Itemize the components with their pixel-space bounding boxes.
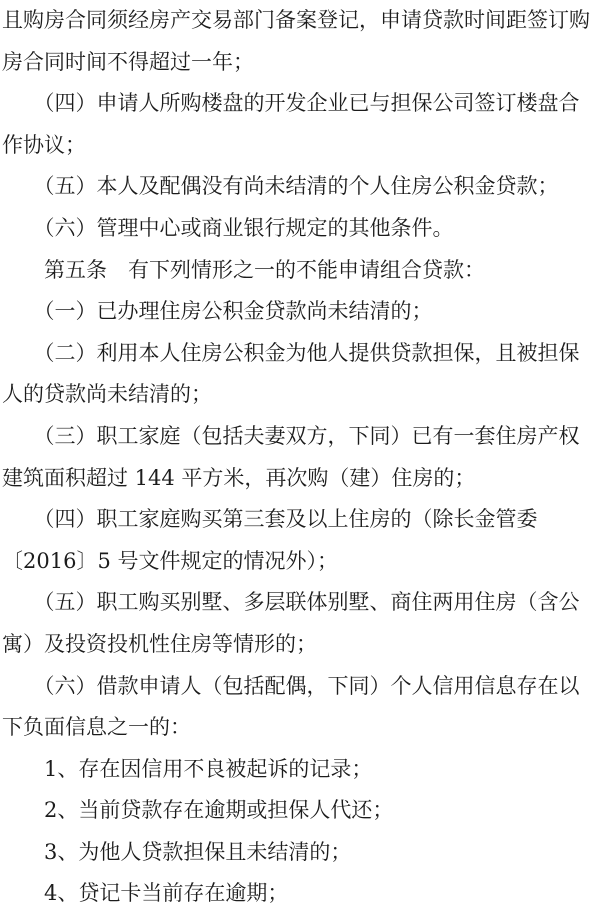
text-line: （五）本人及配偶没有尚未结清的个人住房公积金贷款； bbox=[2, 166, 588, 208]
text-line: （二）利用本人住房公积金为他人提供贷款担保，且被担保 bbox=[2, 333, 588, 375]
text-line: 1、存在因信用不良被起诉的记录； bbox=[2, 749, 588, 791]
text-line: （四）职工家庭购买第三套及以上住房的（除长金管委 bbox=[2, 499, 588, 541]
text-line: （四）申请人所购楼盘的开发企业已与担保公司签订楼盘合 bbox=[2, 83, 588, 125]
text-line: 4、贷记卡当前存在逾期； bbox=[2, 873, 588, 915]
text-line: （六）借款申请人（包括配偶，下同）个人信用信息存在以 bbox=[2, 666, 588, 708]
text-line: 2、当前贷款存在逾期或担保人代还； bbox=[2, 790, 588, 832]
document-page: 且购房合同须经房产交易部门备案登记，申请贷款时间距签订购房合同时间不得超过一年；… bbox=[0, 0, 590, 915]
text-line: 作协议； bbox=[2, 125, 588, 167]
text-line: 人的贷款尚未结清的； bbox=[2, 374, 588, 416]
text-line: 房合同时间不得超过一年； bbox=[2, 42, 588, 84]
text-line: 寓）及投资投机性住房等情形的； bbox=[2, 624, 588, 666]
text-line: 3、为他人贷款担保且未结清的； bbox=[2, 832, 588, 874]
text-line: （五）职工购买别墅、多层联体别墅、商住两用住房（含公 bbox=[2, 582, 588, 624]
text-line: （一）已办理住房公积金贷款尚未结清的； bbox=[2, 291, 588, 333]
text-line: 〔2016〕5 号文件规定的情况外）； bbox=[2, 541, 588, 583]
text-line: 第五条 有下列情形之一的不能申请组合贷款： bbox=[2, 250, 588, 292]
text-line: 且购房合同须经房产交易部门备案登记，申请贷款时间距签订购 bbox=[2, 0, 588, 42]
text-line: （三）职工家庭（包括夫妻双方，下同）已有一套住房产权 bbox=[2, 416, 588, 458]
text-line: （六）管理中心或商业银行规定的其他条件。 bbox=[2, 208, 588, 250]
document-lines: 且购房合同须经房产交易部门备案登记，申请贷款时间距签订购房合同时间不得超过一年；… bbox=[2, 0, 588, 915]
text-line: 建筑面积超过 144 平方米，再次购（建）住房的； bbox=[2, 458, 588, 500]
text-line: 下负面信息之一的： bbox=[2, 707, 588, 749]
